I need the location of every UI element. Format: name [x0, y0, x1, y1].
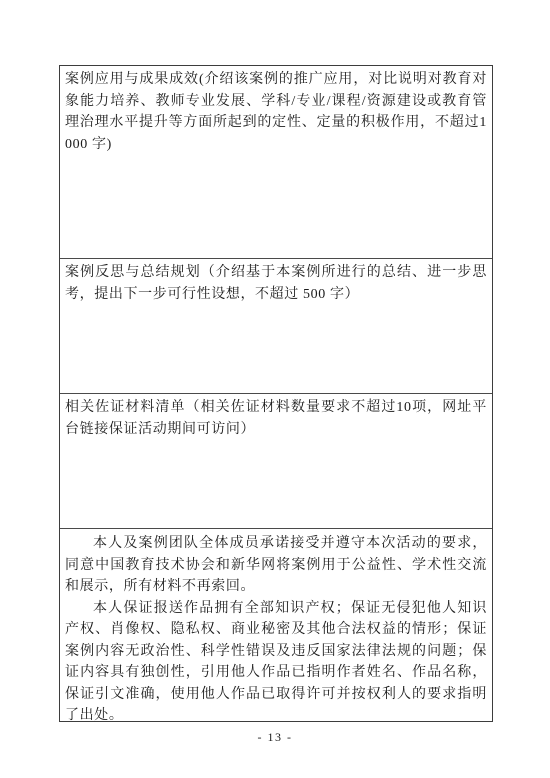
table-row-reflection-planning: 案例反思与总结规划（介绍基于本案例所进行的总结、进一步思考，提出下一步可行性设想… [60, 258, 492, 393]
application-form-table: 案例应用与成果成效(介绍该案例的推广应用，对比说明对教育对象能力培养、教师专业发… [59, 65, 493, 722]
reflection-planning-text: 案例反思与总结规划（介绍基于本案例所进行的总结、进一步思考，提出下一步可行性设想… [65, 262, 487, 305]
application-effect-text: 案例应用与成果成效(介绍该案例的推广应用，对比说明对教育对象能力培养、教师专业发… [65, 69, 487, 155]
page-number: - 13 - [0, 730, 550, 745]
supporting-materials-text: 相关佐证材料清单（相关佐证材料数量要求不超过10项，网址平台链接保证活动期间可访… [65, 397, 487, 440]
commitment-paragraph-1: 本人及案例团队全体成员承诺接受并遵守本次活动的要求，同意中国教育技术协会和新华网… [65, 533, 487, 598]
table-row-application-effect: 案例应用与成果成效(介绍该案例的推广应用，对比说明对教育对象能力培养、教师专业发… [60, 66, 492, 258]
document-page: 案例应用与成果成效(介绍该案例的推广应用，对比说明对教育对象能力培养、教师专业发… [0, 0, 550, 778]
table-row-commitment: 本人及案例团队全体成员承诺接受并遵守本次活动的要求，同意中国教育技术协会和新华网… [60, 528, 492, 721]
commitment-paragraph-2: 本人保证报送作品拥有全部知识产权；保证无侵犯他人知识产权、肖像权、隐私权、商业秘… [65, 598, 487, 722]
table-row-supporting-materials: 相关佐证材料清单（相关佐证材料数量要求不超过10项，网址平台链接保证活动期间可访… [60, 393, 492, 528]
